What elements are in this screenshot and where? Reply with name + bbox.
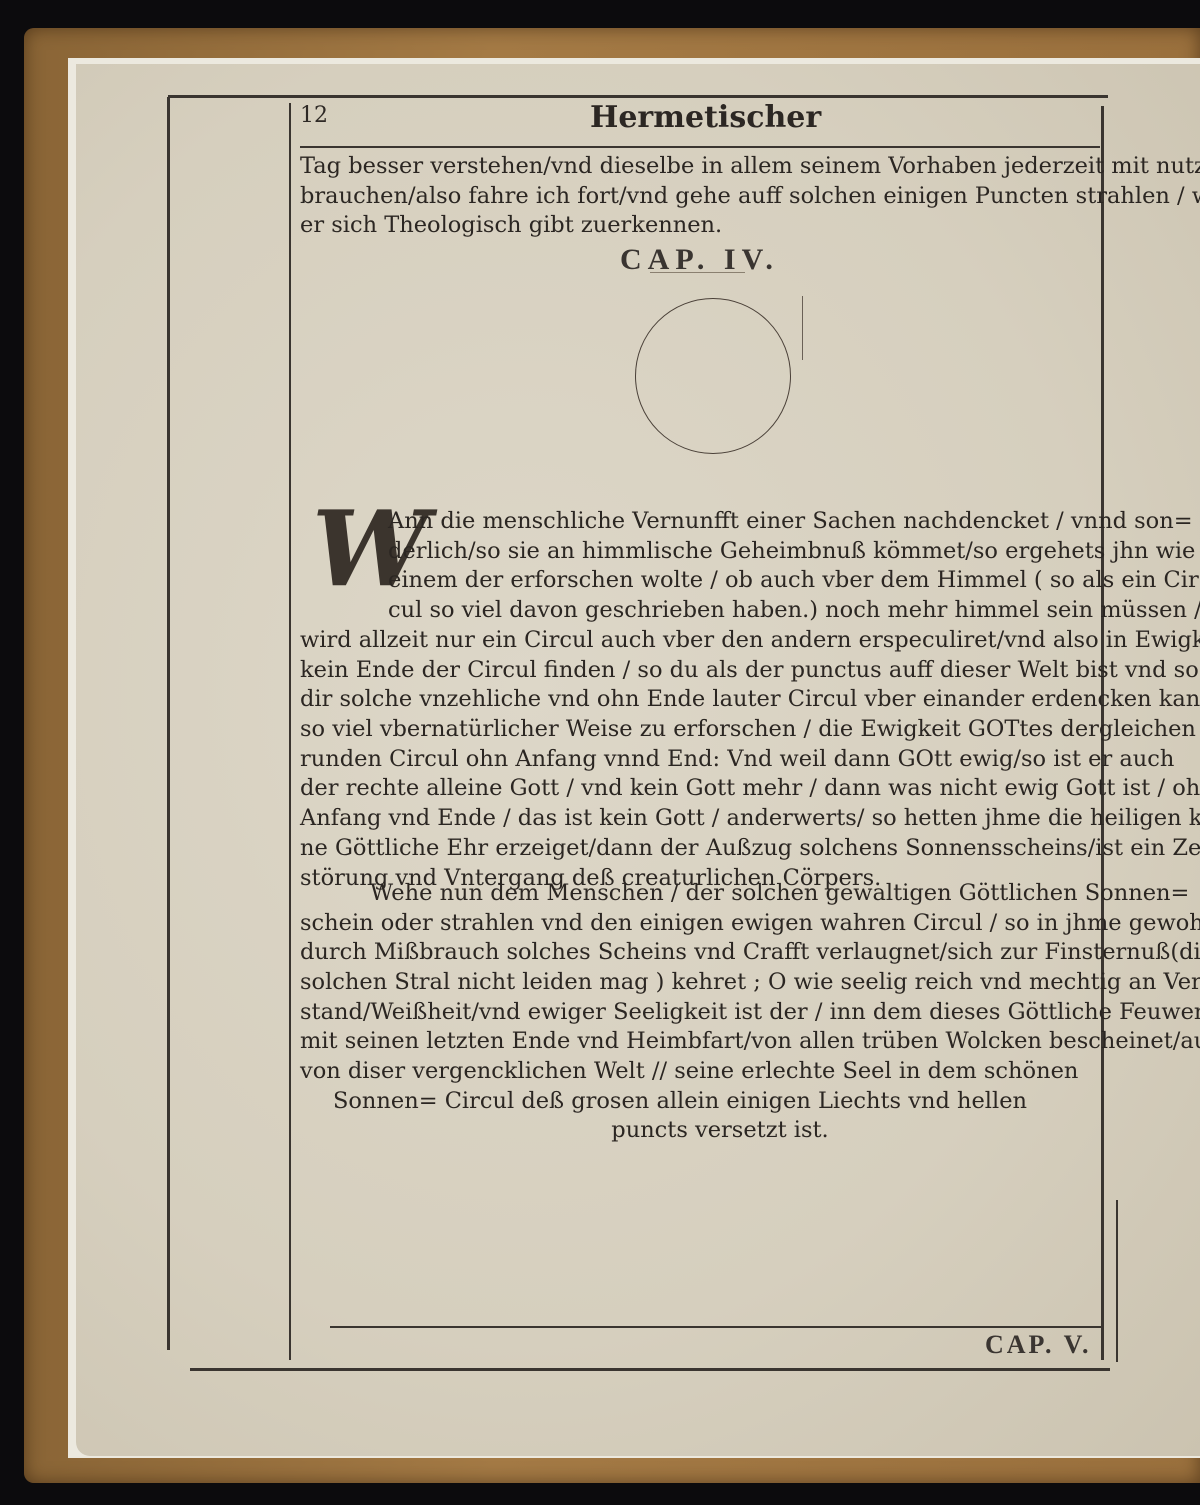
frame-bottom-rule [190, 1368, 1110, 1371]
text-line: Wehe nun dem Menschen / der solchen gewa… [300, 879, 1100, 909]
circle-diagram [635, 298, 791, 454]
text-line: cul so viel davon geschrieben haben.) no… [388, 596, 1100, 626]
text-line: der rechte alleine Gott / vnd kein Gott … [300, 774, 1100, 804]
text-line: Sonnen= Circul deß grosen allein einigen… [300, 1087, 1100, 1117]
headline-rule [300, 146, 1100, 148]
frame-outer-right-rule [1116, 1200, 1118, 1362]
text-line: so viel vbernatürlicher Weise zu erforsc… [300, 715, 1100, 745]
text-bottom-rule [330, 1326, 1102, 1328]
frame-inner-left-rule [289, 103, 291, 1360]
text-line: ne Göttliche Ehr erzeiget/dann der Außzu… [300, 834, 1100, 864]
text-line: wird allzeit nur ein Circul auch vber de… [300, 626, 1100, 656]
closing-lines: von diser vergencklichen Welt // seine e… [300, 1057, 1100, 1146]
text-line: stand/Weißheit/vnd ewiger Seeligkeit ist… [300, 998, 1100, 1028]
text-line: von diser vergencklichen Welt // seine e… [300, 1057, 1100, 1087]
text-line: durch Mißbrauch solches Scheins vnd Craf… [300, 938, 1100, 968]
text-line: kein Ende der Circul finden / so du als … [300, 656, 1100, 686]
text-line: Ann die menschliche Vernunfft einer Sach… [388, 507, 1100, 537]
text-line: derlich/so sie an himmlische Geheimbnuß … [388, 537, 1100, 567]
text-line: brauchen/also fahre ich fort/vnd gehe au… [300, 182, 1100, 212]
text-line: mit seinen letzten Ende vnd Heimbfart/vo… [300, 1027, 1100, 1057]
show-through-mark [802, 296, 803, 360]
running-head-title: Hermetischer [590, 100, 830, 135]
chapter-heading: CAP. IV. [620, 243, 779, 277]
text-line: puncts versetzt ist. [300, 1116, 1100, 1146]
text-line: Anfang vnd Ende / das ist kein Gott / an… [300, 804, 1100, 834]
frame-top-rule [168, 95, 1108, 98]
drop-cap-initial: W [312, 503, 384, 595]
paragraph-2: Wehe nun dem Menschen / der solchen gewa… [300, 879, 1100, 1057]
text-line: runden Circul ohn Anfang vnnd End: Vnd w… [300, 745, 1100, 775]
text-line: einem der erforschen wolte / ob auch vbe… [388, 566, 1100, 596]
frame-outer-left-rule [167, 97, 170, 1350]
paragraph-1: wird allzeit nur ein Circul auch vber de… [300, 626, 1100, 893]
text-line: solchen Stral nicht leiden mag ) kehret … [300, 968, 1100, 998]
catchword: CAP. V. [985, 1330, 1092, 1360]
text-line: Tag besser verstehen/vnd dieselbe in all… [300, 152, 1100, 182]
text-line: schein oder strahlen vnd den einigen ewi… [300, 909, 1100, 939]
text-line: er sich Theologisch gibt zuerkennen. [300, 211, 1100, 241]
text-line: dir solche vnzehliche vnd ohn Ende laute… [300, 685, 1100, 715]
page-number: 12 [300, 103, 328, 128]
paragraph-1-indented: Ann die menschliche Vernunfft einer Sach… [388, 507, 1100, 626]
intro-text: Tag besser verstehen/vnd dieselbe in all… [300, 152, 1100, 241]
